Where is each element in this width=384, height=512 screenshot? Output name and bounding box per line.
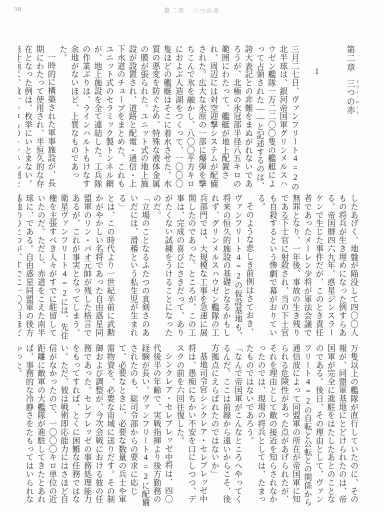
chapter-title: 三つの赤ドライ・ロート xyxy=(346,79,356,115)
text-band-upper: 第二章三つの赤ドライ・ロート 1 三月二七日、ヴァンフリート4=2の北半球は、銀… xyxy=(18,45,360,192)
paragraph-quote: 「なんで帝国軍がこんなところへやってくるんだ。ここは前線から遠いからこそ、後方拠… xyxy=(209,344,244,507)
paragraph: 一時的に構築された軍事施設が、長期にわたって使用され、半恒久的な存在となった例は… xyxy=(18,45,57,192)
page-header: 38 第二章 三つの赤 xyxy=(0,6,384,18)
paragraph: そのような悲しき前例はさておき、ヴァンフリート4=2の仮設基地も、将来の恒久的施… xyxy=(151,194,255,342)
chapter-title-ruby: ドライ・ロート xyxy=(356,79,361,115)
paragraph: 万隻以上の艦隊が直行していたのに、その報が、同盟軍基地にとどけられたのは、帝国軍… xyxy=(244,344,360,507)
book-page: 38 第二章 三つの赤 第二章三つの赤ドライ・ロート 1 三月二七日、ヴァンフリ… xyxy=(0,0,384,512)
chapter-title-text: 三つの赤 xyxy=(346,79,356,115)
paragraph-quote: 「立場のことなるふたつの真剣さのあいだには、滑稽という私生児が生まれる」 xyxy=(117,194,152,342)
section-number: 1 xyxy=(311,45,323,192)
chapter-number-label: 第二章 xyxy=(346,45,356,72)
paragraph: とは、この時代より一世紀半前に武勲かがやかしい名将であった自由惑星同盟軍のリン・… xyxy=(18,194,117,342)
running-head: 第二章 三つの赤 xyxy=(0,6,384,15)
paragraph: 基地司令官シンクレア・セレブレッゼ中将は、愚痴にちかい不安を口にしつつ、デスクの… xyxy=(175,344,210,507)
paragraph: シンクレア・セレブレッゼ中将は、四〇代後半の年齢で、実戦指揮より後方勤務の経験が… xyxy=(18,344,175,507)
paragraph: したあげく、地盤が陥没して四〇〇人もの将兵が生き埋めになった例すらある。帝国暦四… xyxy=(256,194,360,342)
text-band-middle: したあげく、地盤が陥没して四〇〇人もの将兵が生き埋めになった例すらある。帝国暦四… xyxy=(18,194,360,342)
text-band-lower: 万隻以上の艦隊が直行していたのに、その報が、同盟軍基地にとどけられたのは、帝国軍… xyxy=(18,344,360,507)
chapter-heading: 第二章三つの赤ドライ・ロート xyxy=(344,45,360,192)
text-area: 第二章三つの赤ドライ・ロート 1 三月二七日、ヴァンフリート4=2の北半球は、銀… xyxy=(18,45,360,507)
paragraph: 三月二七日、ヴァンフリート4=2の北半球は、銀河帝国軍グリンメルスハウゼン艦隊一… xyxy=(57,45,300,192)
